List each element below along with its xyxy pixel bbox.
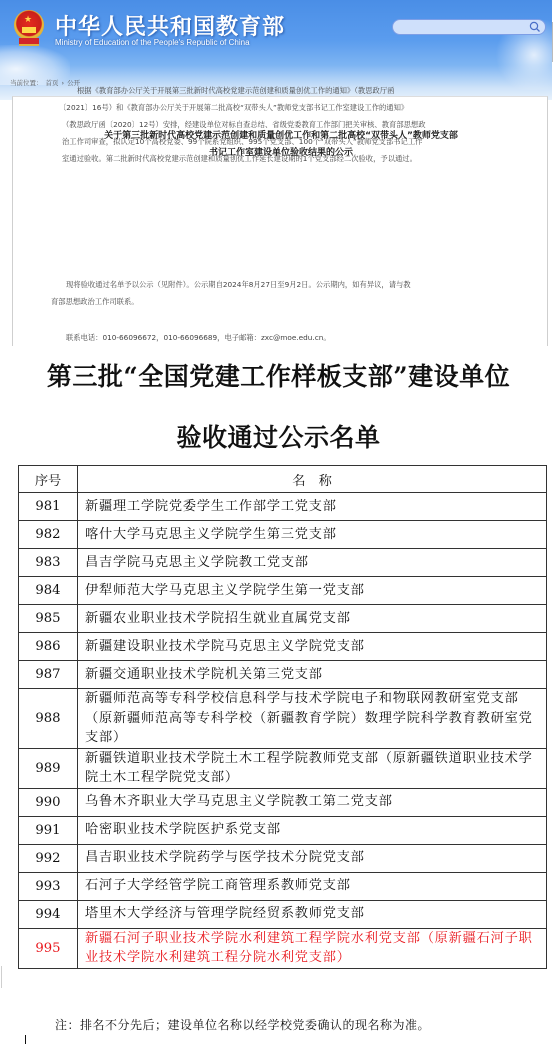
table-row-highlighted: 995新疆石河子职业技术学院水利建筑工程学院水利党支部（原新疆石河子职业技术学院…: [19, 928, 547, 968]
table-row: 984伊犁师范大学马克思主义学院学生第一党支部: [19, 577, 547, 605]
row-number: 981: [19, 493, 78, 521]
row-name: 昌吉学院马克思主义学院教工党支部: [78, 549, 547, 577]
row-number: 983: [19, 549, 78, 577]
row-name: 塔里木大学经济与管理学院经贸系教师党支部: [78, 900, 547, 928]
table-row: 992昌吉职业技术学院药学与医学技术分院党支部: [19, 844, 547, 872]
attachment-title-line-2: 验收通过公示名单: [0, 418, 557, 454]
row-name: 新疆农业职业技术学院招生就业直属党支部: [78, 605, 547, 633]
notice-paragraph-2: 现将验收通过名单予以公示（见附件）。公示期自2024年8月27日至9月2日。公示…: [51, 276, 491, 310]
search-icon[interactable]: [529, 21, 541, 33]
paragraph-line: 育部思想政治工作司联系。: [51, 293, 491, 310]
row-name: 伊犁师范大学马克思主义学院学生第一党支部: [78, 577, 547, 605]
row-name: 乌鲁木齐职业大学马克思主义学院教工第二党支部: [78, 788, 547, 816]
row-name: 新疆铁道职业技术学院土木工程学院教师党支部（原新疆铁道职业技术学院土木工程学院党…: [78, 748, 547, 788]
notice-paragraph-1: 根据《教育部办公厅关于开展第三批新时代高校党建示范创建和质量创优工作的通知》（教…: [62, 82, 502, 167]
row-name: 新疆交通职业技术学院机关第三党支部: [78, 661, 547, 689]
table-row: 988新疆师范高等专科学校信息科学与技术学院电子和物联网教研室党支部（原新疆师范…: [19, 689, 547, 749]
column-header-name: 名 称: [78, 466, 547, 493]
breadcrumb-label: 当前位置：: [10, 79, 43, 87]
attachment-title-line-1: 第三批“全国党建工作样板支部”建设单位: [0, 357, 557, 393]
column-header-number: 序号: [19, 466, 78, 493]
row-number: 992: [19, 844, 78, 872]
footer-note: 注：排名不分先后；建设单位名称以经学校党委确认的现名称为准。: [55, 1016, 430, 1033]
table-row: 986新疆建设职业技术学院马克思主义学院党支部: [19, 633, 547, 661]
row-number: 991: [19, 816, 78, 844]
site-title[interactable]: 中华人民共和国教育部: [55, 10, 285, 41]
table-row: 994塔里木大学经济与管理学院经贸系教师党支部: [19, 900, 547, 928]
row-name: 喀什大学马克思主义学院学生第三党支部: [78, 521, 547, 549]
site-subtitle: Ministry of Education of the People's Re…: [55, 38, 250, 47]
contact-line: 联系电话：010-66096672，010-66096689，电子邮箱：zxc@…: [66, 329, 506, 346]
row-number: 995: [19, 928, 78, 968]
row-number: 985: [19, 605, 78, 633]
acceptance-list-table: 序号 名 称 981新疆理工学院党委学生工作部学工党支部 982喀什大学马克思主…: [18, 465, 547, 969]
table-row: 991哈密职业技术学院医护系党支部: [19, 816, 547, 844]
row-name: 新疆石河子职业技术学院水利建筑工程学院水利党支部（原新疆石河子职业技术学院水利建…: [78, 928, 547, 968]
table-header-row: 序号 名 称: [19, 466, 547, 493]
paragraph-line: 现将验收通过名单予以公示（见附件）。公示期自2024年8月27日至9月2日。公示…: [51, 276, 491, 293]
paragraph-line: 室通过验收。第二批新时代高校党建示范创建和质量创优工作延长建设期的1个党支部经二…: [62, 150, 502, 167]
table-row: 985新疆农业职业技术学院招生就业直属党支部: [19, 605, 547, 633]
row-number: 990: [19, 788, 78, 816]
row-number: 993: [19, 872, 78, 900]
row-name: 石河子大学经管学院工商管理系教师党支部: [78, 872, 547, 900]
table-row: 990乌鲁木齐职业大学马克思主义学院教工第二党支部: [19, 788, 547, 816]
row-name: 新疆理工学院党委学生工作部学工党支部: [78, 493, 547, 521]
table-row: 989新疆铁道职业技术学院土木工程学院教师党支部（原新疆铁道职业技术学院土木工程…: [19, 748, 547, 788]
table-row: 987新疆交通职业技术学院机关第三党支部: [19, 661, 547, 689]
row-name: 新疆建设职业技术学院马克思主义学院党支部: [78, 633, 547, 661]
row-number: 986: [19, 633, 78, 661]
row-number: 982: [19, 521, 78, 549]
national-emblem-icon[interactable]: ★: [14, 10, 44, 47]
row-number: 994: [19, 900, 78, 928]
table-row: 981新疆理工学院党委学生工作部学工党支部: [19, 493, 547, 521]
table-row: 993石河子大学经管学院工商管理系教师党支部: [19, 872, 547, 900]
row-name: 新疆师范高等专科学校信息科学与技术学院电子和物联网教研室党支部（原新疆师范高等专…: [78, 689, 547, 749]
contact-info: 联系电话：010-66096672，010-66096689，电子邮箱：zxc@…: [66, 329, 506, 346]
breadcrumb-home[interactable]: 首页: [46, 79, 59, 87]
page-edge-divider: [1, 966, 2, 988]
row-number: 988: [19, 689, 78, 749]
paragraph-line: （教思政厅函〔2020〕12号）安排，经建设单位对标自查总结、省级党委教育工作部…: [62, 116, 502, 133]
paragraph-line: 〔2021〕16号）和《教育部办公厅关于开展第二批高校“双带头人”教师党支部书记…: [59, 99, 502, 116]
row-number: 984: [19, 577, 78, 605]
row-name: 哈密职业技术学院医护系党支部: [78, 816, 547, 844]
row-name: 昌吉职业技术学院药学与医学技术分院党支部: [78, 844, 547, 872]
paragraph-line: 根据《教育部办公厅关于开展第三批新时代高校党建示范创建和质量创优工作的通知》（教…: [62, 82, 502, 99]
row-number: 989: [19, 748, 78, 788]
row-number: 987: [19, 661, 78, 689]
scrollbar[interactable]: [552, 22, 557, 62]
table-row: 983昌吉学院马克思主义学院教工党支部: [19, 549, 547, 577]
search-input[interactable]: [392, 19, 546, 35]
paragraph-line: 治工作司审查，拟认定10个高校党委、99个院系党组织、995个党支部、100个“…: [62, 133, 502, 150]
text-cursor: [25, 1035, 26, 1044]
table-row: 982喀什大学马克思主义学院学生第三党支部: [19, 521, 547, 549]
